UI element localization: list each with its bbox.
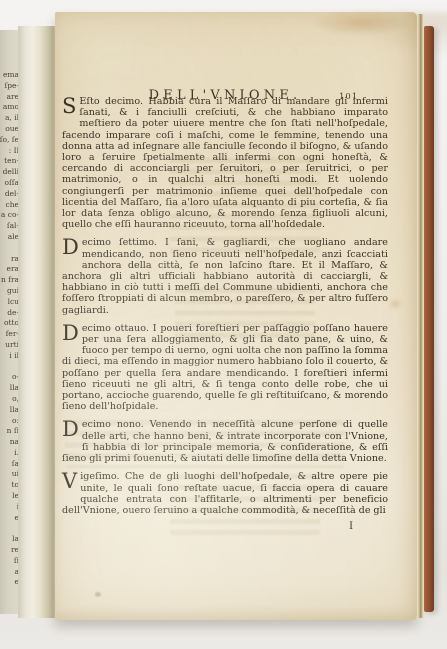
page-text: SEſto decimo. Habbia cura il Maſſaro di … [62,96,388,532]
paragraph-text: ecimo ſettimo. I ſani, & gagliardi, che … [62,237,388,315]
left-page-fragment: e [0,577,19,588]
left-page-fragment: e [0,513,19,524]
left-page-fragment: ſo, ſe [0,135,19,146]
left-page-fragment: che [0,200,19,211]
left-page-fragment [0,523,19,534]
paragraph-text: ecimo nono. Venendo in neceſſità alcune … [62,419,388,464]
left-page-fragment: n fra [0,275,19,286]
left-page-fragment: o: [0,416,19,427]
left-page-fragment: lla [0,405,19,416]
left-page-fragment: o- [0,372,19,383]
left-page-fragment: le [0,491,19,502]
left-page-fragment: la [0,534,19,545]
left-page-fragment [0,243,19,254]
paragraph-text: ecimo ottauo. I poueri foreſtieri per pa… [62,323,388,412]
paragraph-text: igeſimo. Che de gli luoghi dell'hoſpedal… [62,471,388,516]
left-page-fragment: lla [0,383,19,394]
left-page-fragment: ſi [0,556,19,567]
left-page-fragment: amo [0,102,19,113]
left-page-fragment: a [0,567,19,578]
left-page-fragment: ra [0,254,19,265]
foxing-stain [387,298,403,310]
foxing-stain [310,10,410,36]
left-page-fragment: i [0,502,19,513]
left-page-fragment: i. [0,448,19,459]
left-page-fragment: otto [0,318,19,329]
left-page-edge: emaſpe-areamoa, iloueſo, ſe: Ilten-delli… [0,30,20,614]
drop-cap: D [62,238,79,260]
left-page-fragment: are [0,92,19,103]
left-page-fragment: : Il [0,146,19,157]
left-page-fragment: ui [0,469,19,480]
left-page-fragment: del- [0,189,19,200]
drop-cap: D [62,324,79,346]
left-page-fragment: urti [0,340,19,351]
fore-edge-pages [417,14,424,618]
left-page-fragment: delli [0,167,19,178]
left-page-text-fragments: emaſpe-areamoa, iloueſo, ſe: Ilten-delli… [0,70,19,588]
catchword: I [62,521,388,532]
left-page-fragment: o, [0,394,19,405]
left-page-fragment: re [0,545,19,556]
left-page-fragment: a, il [0,113,19,124]
book-photo: emaſpe-areamoa, iloueſo, ſe: Ilten-delli… [0,0,447,649]
drop-cap: S [62,97,76,119]
left-page-fragment: to [0,480,19,491]
left-page-fragment: n ſi [0,426,19,437]
paragraph-decimo-settimo: Decimo ſettimo. I ſani, & gagliardi, che… [62,237,388,315]
left-page-fragment: oſſa [0,178,19,189]
left-page-fragment: i il [0,351,19,362]
paragraph-sesto-decimo: SEſto decimo. Habbia cura il Maſſaro di … [62,96,388,230]
left-page-fragment: ſal- [0,221,19,232]
left-page-fragment: ſpe- [0,81,19,92]
paragraph-decimo-ottavo: Decimo ottauo. I poueri foreſtieri per p… [62,323,388,413]
book-cover-edge [424,26,434,612]
left-page-fragment: a co- [0,210,19,221]
drop-cap: D [62,420,79,442]
foxing-stain [95,592,101,597]
paragraph-text: Eſto decimo. Habbia cura il Maſſaro di m… [62,96,388,230]
drop-cap: V [62,472,77,494]
paragraph-vigesimo: Vigeſimo. Che de gli luoghi dell'hoſpeda… [62,471,388,516]
left-page-fragment [0,362,19,373]
left-page-fragment: ten- [0,156,19,167]
paragraph-decimo-nono: Decimo nono. Venendo in neceſſità alcune… [62,419,388,464]
left-page-fragment: era [0,264,19,275]
left-page-fragment: na [0,437,19,448]
left-page-fragment: fer- [0,329,19,340]
gutter-page-curl [18,26,56,618]
left-page-fragment: gui [0,286,19,297]
left-page-fragment: oue [0,124,19,135]
left-page-fragment: lcu [0,297,19,308]
left-page-fragment: ale [0,232,19,243]
left-page-fragment: ema [0,70,19,81]
book-page: DELL'VNIONE. 101 SEſto decimo. Habbia cu… [55,12,417,620]
left-page-fragment: ſa [0,459,19,470]
left-page-fragment: de- [0,308,19,319]
